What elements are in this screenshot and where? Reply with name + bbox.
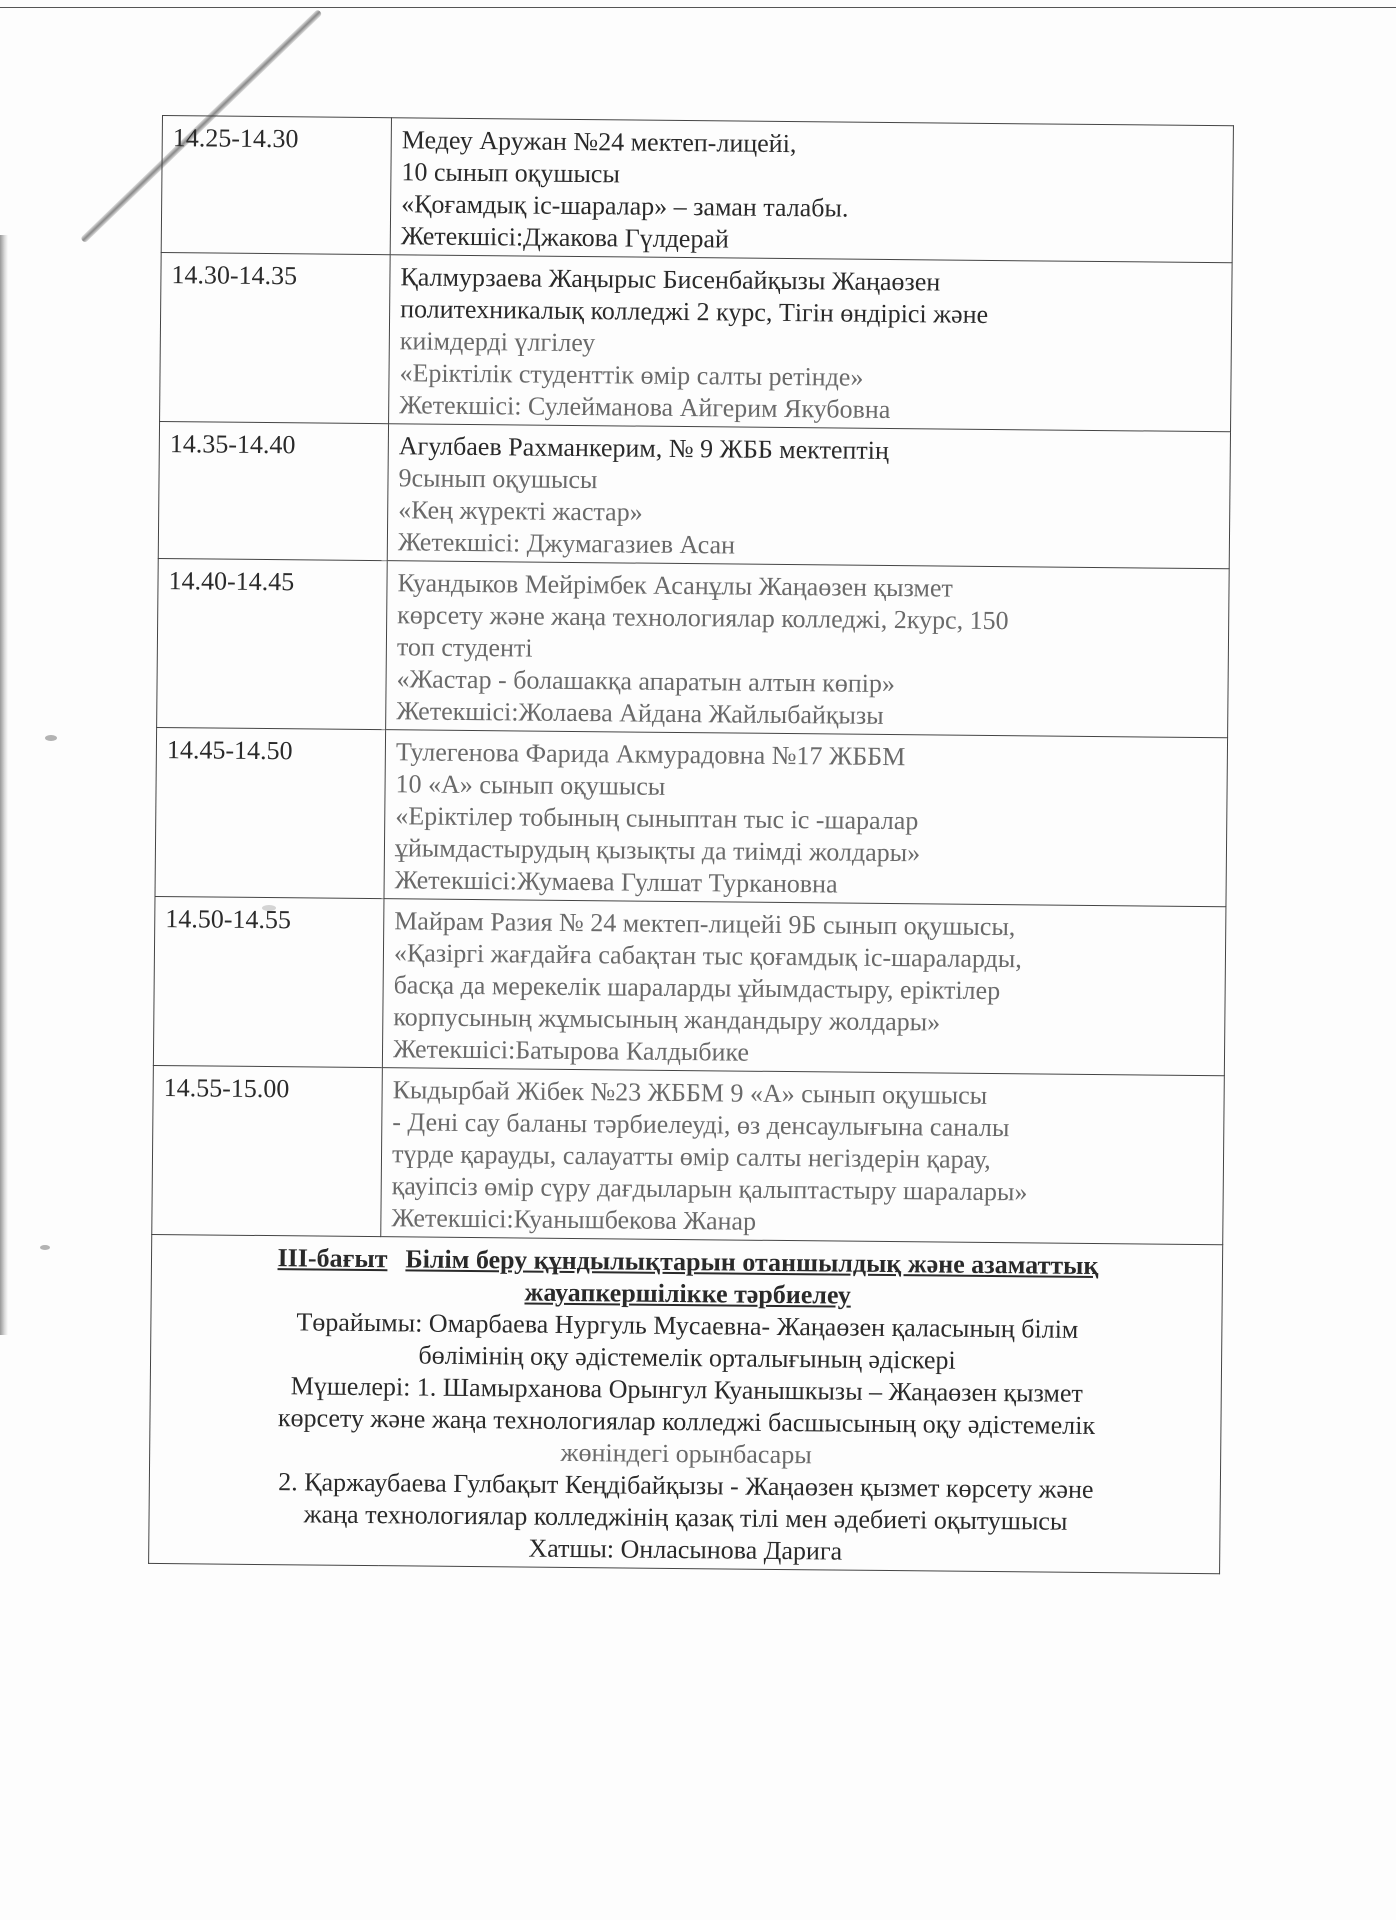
schedule-row: 14.35-14.40Агулбаев Рахманкерим, № 9 ЖББ…: [158, 421, 1230, 568]
section-title-line1: Білім беру құндылықтарын отаншылдық және…: [405, 1244, 1098, 1280]
scan-smudge: [40, 1245, 50, 1250]
presentation-details: Куандыков Мейрімбек Асанұлы Жаңаөзен қыз…: [386, 561, 1230, 738]
supervisor-line: Жетекшісі:Жумаева Гулшат Туркановна: [395, 864, 1218, 904]
supervisor-line: Жетекшісі:Жолаева Айдана Жайлыбайқызы: [396, 695, 1219, 735]
supervisor-line: Жетекшісі: Джумагазиев Асан: [398, 526, 1221, 566]
schedule-row: 14.30-14.35Қалмурзаева Жаңырыс Бисенбайқ…: [160, 252, 1233, 431]
time-slot: 14.30-14.35: [160, 252, 391, 423]
section-block: III-бағытБілім беру құндылықтарын отаншы…: [149, 1234, 1223, 1573]
supervisor-line: Жетекшісі:Батырова Калдыбике: [393, 1033, 1216, 1073]
schedule-row: 14.40-14.45Куандыков Мейрімбек Асанұлы Ж…: [157, 558, 1230, 737]
time-slot: 14.50-14.55: [153, 896, 384, 1067]
presentation-details: Қалмурзаева Жаңырыс Бисенбайқызы Жаңаөзе…: [389, 255, 1233, 432]
section-prefix: III-бағыт: [277, 1243, 387, 1273]
supervisor-line: Жетекшісі:Куанышбекова Жанар: [391, 1202, 1214, 1242]
presentation-details: Агулбаев Рахманкерим, № 9 ЖББ мектептің9…: [387, 424, 1230, 569]
presentation-details: Кыдырбай Жібек №23 ЖББМ 9 «А» сынып оқуш…: [381, 1068, 1225, 1245]
schedule-row: 14.55-15.00Кыдырбай Жібек №23 ЖББМ 9 «А»…: [152, 1065, 1225, 1244]
schedule-row: 14.25-14.30Медеу Аружан №24 мектеп-лицей…: [161, 116, 1233, 263]
time-slot: 14.25-14.30: [161, 116, 391, 255]
presentation-details: Майрам Разия № 24 мектеп-лицейі 9Б сынып…: [382, 899, 1226, 1076]
program-schedule-table: 14.25-14.30Медеу Аружан №24 мектеп-лицей…: [148, 115, 1234, 1574]
time-slot: 14.55-15.00: [152, 1065, 383, 1236]
scan-top-edge: [0, 7, 1396, 8]
schedule-row: 14.45-14.50Тулегенова Фарида Акмурадовна…: [155, 727, 1228, 906]
supervisor-line: Жетекшісі: Сулейманова Айгерим Якубовна: [399, 389, 1222, 429]
schedule-row: 14.50-14.55Майрам Разия № 24 мектеп-лице…: [153, 896, 1226, 1075]
time-slot: 14.35-14.40: [158, 421, 388, 560]
time-slot: 14.40-14.45: [157, 558, 388, 729]
scan-left-shadow: [0, 235, 8, 1335]
section-row: III-бағытБілім беру құндылықтарын отаншы…: [149, 1234, 1223, 1573]
supervisor-line: Жетекшісі:Джакова Гүлдерай: [401, 220, 1224, 260]
scan-smudge: [45, 735, 57, 741]
document-page: 14.25-14.30Медеу Аружан №24 мектеп-лицей…: [148, 115, 1234, 1574]
presentation-details: Медеу Аружан №24 мектеп-лицейі,10 сынып …: [390, 118, 1233, 263]
presentation-details: Тулегенова Фарида Акмурадовна №17 ЖББМ10…: [384, 730, 1228, 907]
time-slot: 14.45-14.50: [155, 727, 386, 898]
